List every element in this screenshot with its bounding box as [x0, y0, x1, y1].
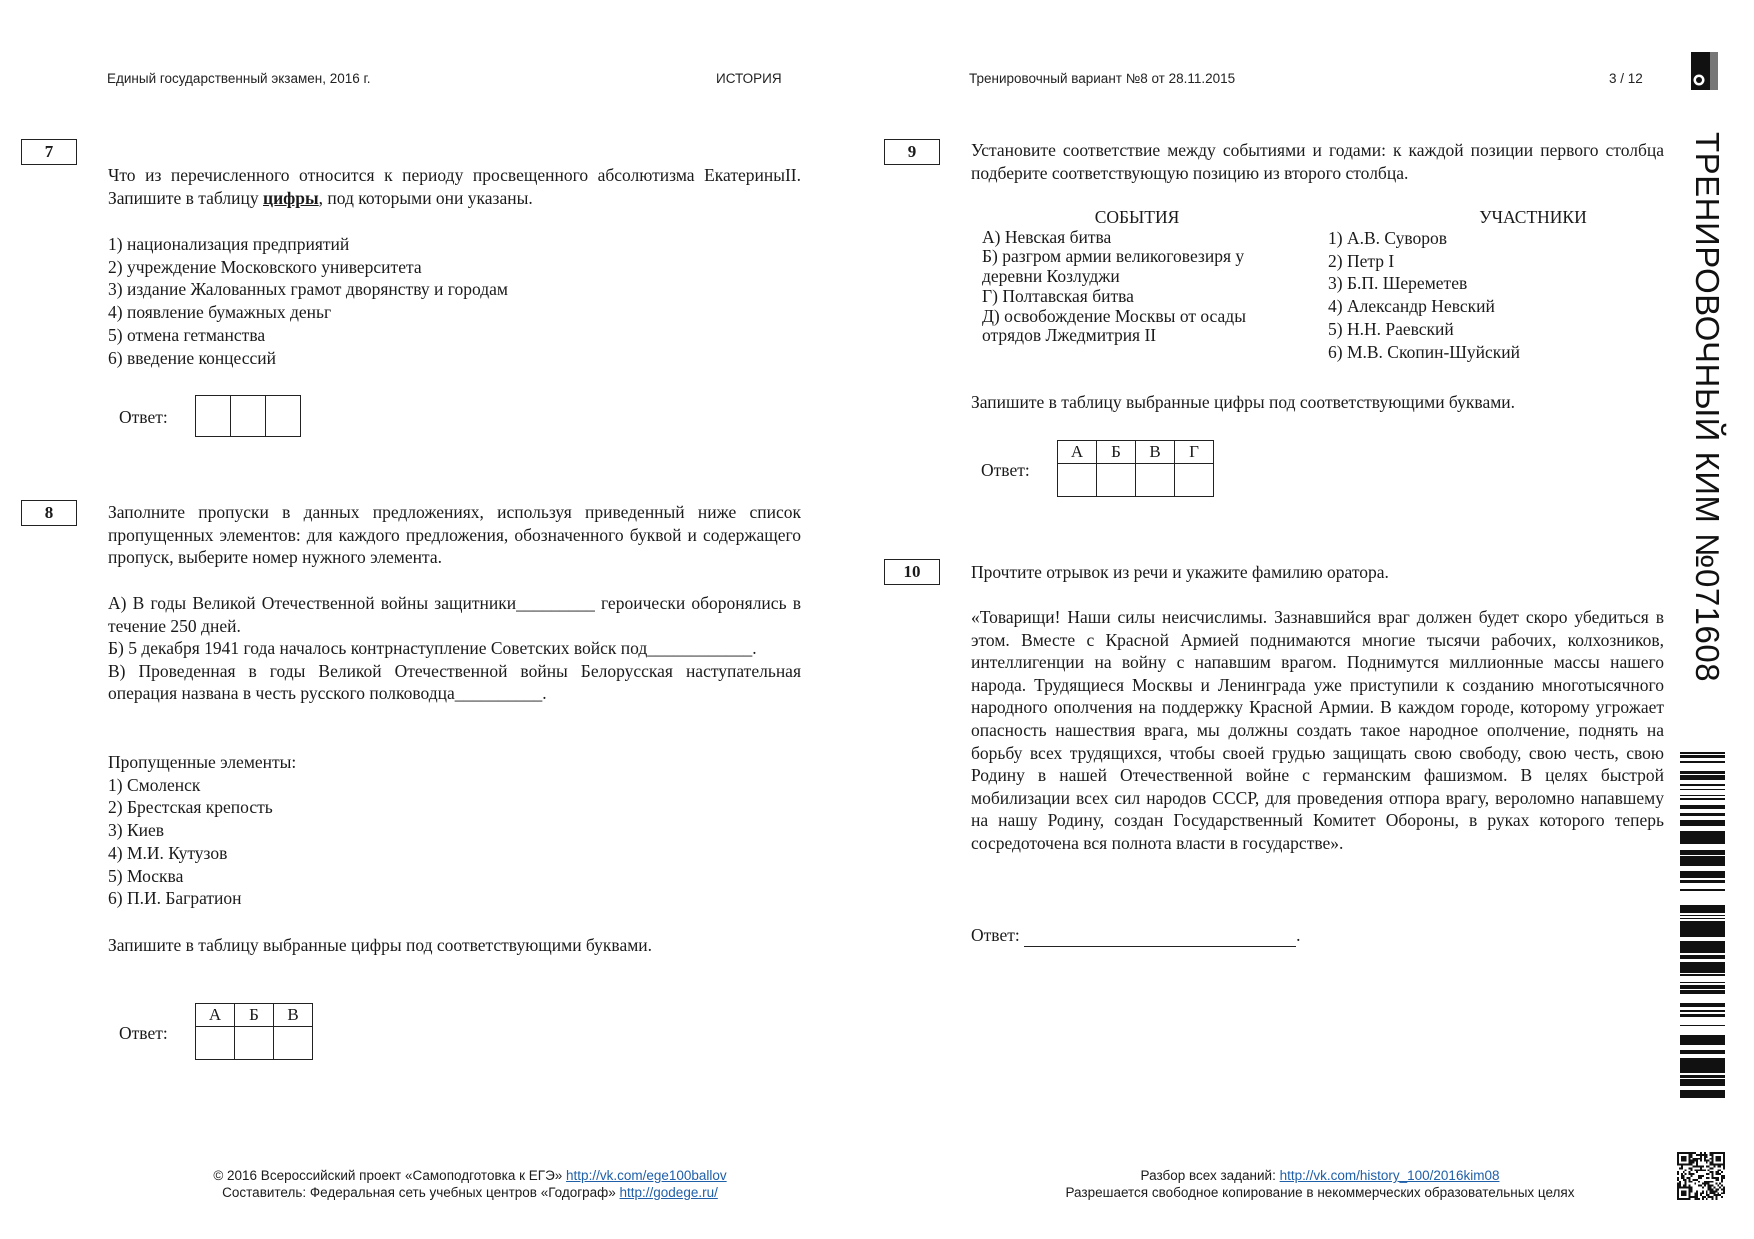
events-title: СОБЫТИЯ [982, 208, 1282, 228]
answer-header: В [1136, 441, 1175, 464]
footer-link-godege[interactable]: http://godege.ru/ [620, 1185, 718, 1200]
sentence-b: Б) 5 декабря 1941 года началось контрнас… [108, 637, 801, 660]
question-10-answer-field[interactable] [1024, 928, 1296, 947]
answer-header: Б [1097, 441, 1136, 464]
question-9-text: Установите соответствие между событиями … [971, 139, 1664, 184]
answer-header: Г [1175, 441, 1214, 464]
participant-item: 2) Петр I [1328, 250, 1628, 273]
answer-cell[interactable] [266, 396, 301, 437]
participant-item: 1) А.В. Суворов [1328, 227, 1628, 250]
option-item: 3) издание Жалованных грамот дворянству … [108, 278, 508, 301]
barcode-icon [1680, 752, 1725, 1102]
event-item: Г) Полтавская битва [982, 287, 1282, 307]
sentence-a: А) В годы Великой Отечественной войны за… [108, 592, 801, 637]
question-10-answer-label: Ответ: [971, 925, 1020, 945]
question-7-emphasis: цифры [263, 188, 319, 208]
answer-cell[interactable] [235, 1027, 274, 1060]
option-item: 5) отмена гетманства [108, 324, 508, 347]
option-item: 4) появление бумажных деньг [108, 301, 508, 324]
question-10-answer: Ответ: . [971, 924, 1300, 947]
question-8-sentences: А) В годы Великой Отечественной войны за… [108, 592, 801, 705]
footer-left: © 2016 Всероссийский проект «Самоподгото… [130, 1167, 810, 1201]
event-item: А) Невская битва [982, 228, 1282, 248]
question-9-instruction: Запишите в таблицу выбранные цифры под с… [971, 391, 1515, 414]
question-8-answer-table: А Б В [195, 1003, 313, 1060]
missing-item: 4) М.И. Кутузов [108, 842, 296, 865]
question-7-options: 1) национализация предприятий 2) учрежде… [108, 233, 508, 369]
question-10-text: Прочтите отрывок из речи и укажите фамил… [971, 561, 1389, 584]
footer-link-vk[interactable]: http://vk.com/ege100ballov [566, 1168, 727, 1183]
answer-header: А [1058, 441, 1097, 464]
question-8-text: Заполните пропуски в данных предложениях… [108, 501, 801, 569]
answer-cell[interactable] [1175, 464, 1214, 497]
question-7-number: 7 [21, 139, 77, 165]
question-8-answer-label: Ответ: [119, 1023, 168, 1044]
question-7-answer-label: Ответ: [119, 407, 168, 428]
answer-cell[interactable] [1097, 464, 1136, 497]
option-item: 2) учреждение Московского университета [108, 256, 508, 279]
sentence-c: В) Проведенная в годы Великой Отечествен… [108, 660, 801, 705]
question-9-answer-table: А Б В Г [1057, 440, 1214, 497]
participant-item: 6) М.В. Скопин-Шуйский [1328, 341, 1628, 364]
answer-cell[interactable] [1136, 464, 1175, 497]
answer-cell[interactable] [1058, 464, 1097, 497]
participants-column: УЧАСТНИКИ 1) А.В. Суворов 2) Петр I 3) Б… [1328, 208, 1628, 363]
footer-right: Разбор всех заданий: http://vk.com/histo… [1000, 1167, 1640, 1201]
events-column: СОБЫТИЯ А) Невская битва Б) разгром арми… [982, 208, 1282, 346]
question-8-missing-list: Пропущенные элементы: 1) Смоленск 2) Бре… [108, 751, 296, 910]
answer-header: А [196, 1004, 235, 1027]
header-subject: ИСТОРИЯ [716, 71, 782, 86]
participants-title: УЧАСТНИКИ [1328, 208, 1628, 227]
question-7-text: Что из перечисленного относится к период… [108, 164, 801, 209]
participant-item: 3) Б.П. Шереметев [1328, 272, 1628, 295]
event-item: Д) освобождение Москвы от осады отрядов … [982, 307, 1282, 346]
question-8-number: 8 [21, 500, 77, 526]
answer-cell[interactable] [196, 396, 231, 437]
missing-item: 3) Киев [108, 819, 296, 842]
option-item: 1) национализация предприятий [108, 233, 508, 256]
missing-item: 2) Брестская крепость [108, 796, 296, 819]
participant-item: 4) Александр Невский [1328, 295, 1628, 318]
missing-item: 5) Москва [108, 865, 296, 888]
question-7-answer-table [195, 395, 301, 437]
header-variant: Тренировочный вариант №8 от 28.11.2015 [969, 71, 1235, 86]
ege-logo-icon [1691, 52, 1718, 90]
answer-header: Б [235, 1004, 274, 1027]
question-8-instruction: Запишите в таблицу выбранные цифры под с… [108, 934, 652, 957]
question-9-number: 9 [884, 139, 940, 165]
vertical-kim-title: ТРЕНИРОВОЧНЫЙ КИМ №071608 [1688, 132, 1728, 712]
event-item: Б) разгром армии великоговезиря у деревн… [982, 247, 1282, 286]
participant-item: 5) Н.Н. Раевский [1328, 318, 1628, 341]
missing-item: 1) Смоленск [108, 774, 296, 797]
option-item: 6) введение концессий [108, 347, 508, 370]
missing-item: 6) П.И. Багратион [108, 887, 296, 910]
answer-cell[interactable] [274, 1027, 313, 1060]
page-number: 3 / 12 [1609, 71, 1643, 86]
footer-link-analysis[interactable]: http://vk.com/history_100/2016kim08 [1280, 1168, 1500, 1183]
answer-header: В [274, 1004, 313, 1027]
missing-title: Пропущенные элементы: [108, 751, 296, 774]
question-10-number: 10 [884, 559, 940, 585]
qr-code-icon [1677, 1152, 1725, 1200]
question-10-quote: «Товарищи! Наши силы неисчислимы. Зазнав… [971, 606, 1664, 855]
answer-cell[interactable] [231, 396, 266, 437]
question-9-answer-label: Ответ: [981, 460, 1030, 481]
header-exam-title: Единый государственный экзамен, 2016 г. [107, 71, 371, 86]
answer-cell[interactable] [196, 1027, 235, 1060]
